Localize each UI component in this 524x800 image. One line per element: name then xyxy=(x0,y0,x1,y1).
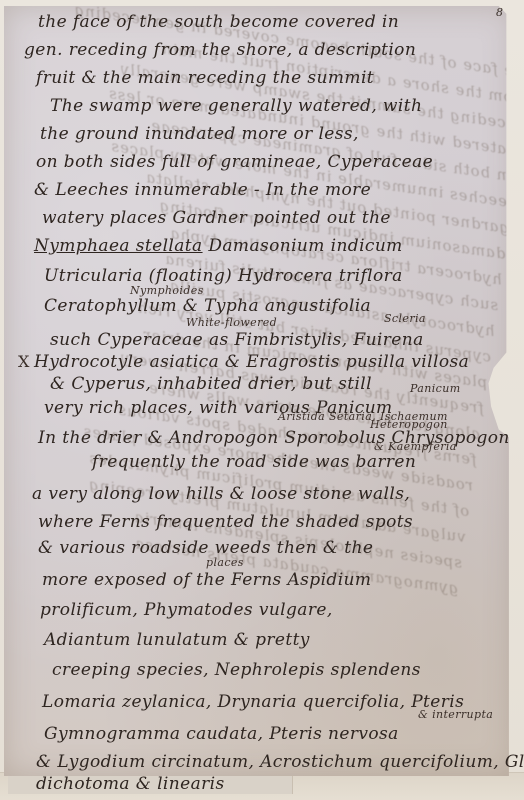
interlinear-note: X xyxy=(18,352,30,371)
manuscript-line: where Ferns frequented the shaded spots xyxy=(38,512,413,532)
manuscript-line: watery places Gardner pointed out the xyxy=(42,208,391,228)
manuscript-text: the face of the south become covered ing… xyxy=(0,0,524,800)
manuscript-line: Lomaria zeylanica, Drynaria quercifolia,… xyxy=(42,692,464,712)
interlinear-note: Heteropogon xyxy=(370,418,448,431)
manuscript-line: Utricularia (floating) Hydrocera triflor… xyxy=(44,266,403,286)
manuscript-line: frequently the road side was barren xyxy=(92,452,416,472)
manuscript-line: a very along low hills & loose stone wal… xyxy=(32,484,410,504)
manuscript-line: Adiantum lunulatum & pretty xyxy=(44,630,310,650)
manuscript-line: The swamp were generally watered, with xyxy=(50,96,422,116)
manuscript-line: Gymnogramma caudata, Pteris nervosa xyxy=(44,724,399,744)
manuscript-line: dichotoma & linearis xyxy=(36,774,225,794)
manuscript-line: Hydrocotyle asiatica & Eragrostis pusill… xyxy=(34,352,469,372)
manuscript-line: fruit & the main receding the summit xyxy=(36,68,374,88)
manuscript-line: Ceratophyllum & Typha angustifolia xyxy=(44,296,371,316)
interlinear-note: Panicum xyxy=(410,382,461,395)
interlinear-note: Scleria xyxy=(384,312,426,325)
manuscript-line: gen. receding from the shore, a descript… xyxy=(24,40,416,60)
interlinear-note: places xyxy=(206,556,244,569)
manuscript-line: prolificum, Phymatodes vulgare, xyxy=(40,600,333,620)
interlinear-note: Nymphoides xyxy=(130,284,204,297)
manuscript-line: creeping species, Nephrolepis splendens xyxy=(52,660,421,680)
manuscript-line: & Lygodium circinatum, Acrostichum querc… xyxy=(36,752,524,772)
manuscript-line: such Cyperaceae as Fimbristylis, Fuirena xyxy=(50,330,424,350)
interlinear-note: White-flowered xyxy=(186,316,277,329)
manuscript-line: & Cyperus, inhabited drier, but still xyxy=(50,374,372,394)
manuscript-line: more exposed of the Ferns Aspidium xyxy=(42,570,371,590)
manuscript-line: on both sides full of gramineae, Cyperac… xyxy=(36,152,433,172)
manuscript-line: & Leeches innumerable - In the more xyxy=(34,180,371,200)
interlinear-note: & interrupta xyxy=(418,708,493,721)
manuscript-line: the ground inundated more or less, xyxy=(40,124,359,144)
interlinear-note: & Kaempferia xyxy=(374,440,457,453)
manuscript-line: Nymphaea stellata Damasonium indicum xyxy=(34,236,403,256)
manuscript-line: the face of the south become covered in xyxy=(38,12,399,32)
manuscript-line: & various roadside weeds then & the xyxy=(38,538,373,558)
